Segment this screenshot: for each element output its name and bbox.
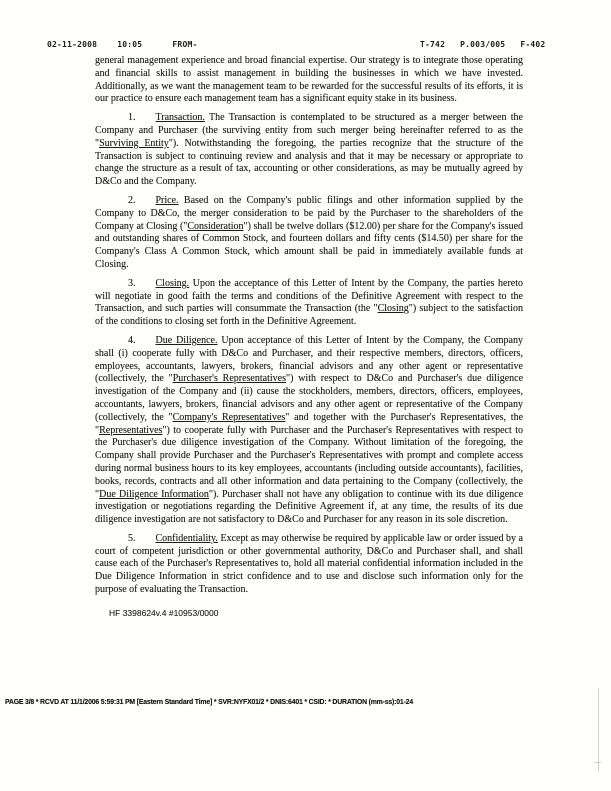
paragraph-heading: Confidentiality. xyxy=(156,533,218,544)
paragraph-heading: Transaction. xyxy=(156,112,205,123)
paragraph: 3.Closing. Upon the acceptance of this L… xyxy=(95,278,523,329)
paragraph-number: 5. xyxy=(128,533,136,544)
scan-artifact-line xyxy=(598,688,599,772)
fax-header-transmission-ids: T-742 P.003/005 F-402 xyxy=(420,40,545,49)
defined-term-underlined: Surviving Entity xyxy=(99,138,169,149)
paragraph-number: 4. xyxy=(128,335,136,346)
defined-term-underlined: Due Diligence Information xyxy=(99,489,209,500)
defined-term-underlined: Closing xyxy=(378,303,409,314)
defined-term-underlined: Purchaser's Representatives xyxy=(173,373,286,384)
document-body: general management experience and broad … xyxy=(95,55,523,620)
fax-receive-stamp: PAGE 3/8 * RCVD AT 11/1/2006 5:59:31 PM … xyxy=(5,697,557,706)
paragraph: general management experience and broad … xyxy=(95,55,523,106)
paragraph: 5.Confidentiality. Except as may otherwi… xyxy=(95,533,523,597)
scan-artifact-mark xyxy=(594,762,601,763)
paragraph-heading: Price. xyxy=(156,195,179,206)
paragraph-number: 3. xyxy=(128,278,136,289)
fax-header-date-time-from: 02-11-2008 10:05 FROM- xyxy=(47,40,198,49)
paragraph-heading: Closing. xyxy=(156,278,190,289)
defined-term-underlined: Consideration xyxy=(187,221,243,232)
paragraph: 2.Price. Based on the Company's public f… xyxy=(95,195,523,272)
defined-term-underlined: Company's Representatives xyxy=(173,412,286,423)
paragraph-heading: Due Diligence. xyxy=(156,335,218,346)
paragraph: 4.Due Diligence. Upon acceptance of this… xyxy=(95,335,523,527)
paragraph: 1.Transaction. The Transaction is contem… xyxy=(95,112,523,189)
paragraph-number: 1. xyxy=(128,112,136,123)
fax-page: 02-11-2008 10:05 FROM- T-742 P.003/005 F… xyxy=(0,0,611,791)
paragraph-number: 2. xyxy=(128,195,136,206)
defined-term-underlined: Representatives xyxy=(99,425,162,436)
paragraph-text: general management experience and broad … xyxy=(95,55,523,104)
document-reference-number: HF 3398624v.4 #10953/0000 xyxy=(95,607,523,620)
fax-transmission-header: 02-11-2008 10:05 FROM- T-742 P.003/005 F… xyxy=(0,40,611,54)
